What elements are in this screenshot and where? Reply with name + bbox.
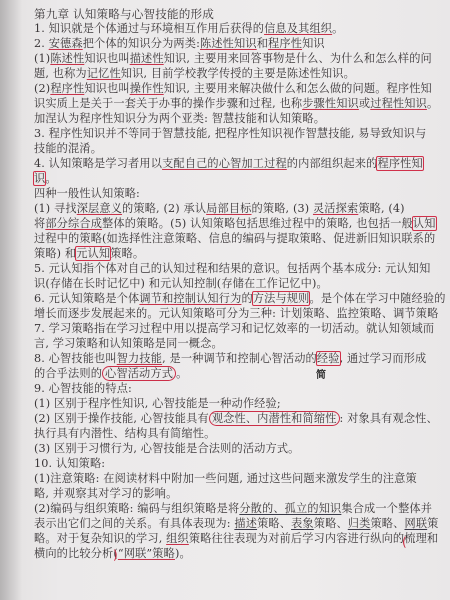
text-line-35: 略。对于复杂知识的学习, 组织策略往往表现为对前后学习内容进行纵向的梳理和 (34, 532, 438, 546)
text-line-2: 2. 安德森把个体的知识分为两类:陈述性知识和程序性知识 (34, 37, 325, 51)
text-line-31: (1)注意策略: 在阅读材料中附加一些问题, 通过这些问题来激发学生的注意策 (34, 472, 417, 486)
text-line-10: 4. 认知策略是学习者用以支配自己的心智加工过程的内部组织起来的程序性知 (34, 157, 423, 171)
text-line-33: (2)编码与组织策略: 编码与组织策略是将分散的、孤立的知识集合成一个整体并 (34, 502, 432, 516)
text-line-21: 7. 学习策略指在学习过程中用以提高学习和记忆效率的一切活动。就认知领域而 (34, 322, 434, 336)
text-line-11: 识。 (34, 172, 57, 186)
text-line-12: 四种一般性认知策略: (34, 187, 140, 201)
text-line-7: 加涅认为程序性知识分为两个亚类: 智慧技能和认知策略。 (34, 112, 325, 126)
text-line-34: 表示出它们之间的关系。有具体表现为: 描述策略、表象策略、归类策略、网联策 (34, 517, 439, 531)
text-line-3: (1)陈述性知识也叫描述性知识, 主要用来回答事物是什么、为什么和怎么样的问 (34, 52, 432, 66)
chapter-title: 第九章 认知策略与心智技能的形成 (34, 7, 214, 21)
text-line-6: 识实质上是关于一套关于办事的操作步骤和过程, 也称步骤性知识或过程性知识。 (34, 97, 438, 111)
document-page: 第九章 认知策略与心智技能的形成 1. 知识就是个体通过与环境相互作用后获得的信… (0, 0, 450, 600)
text-line-32: 略, 并观察其对学习的影响。 (34, 487, 177, 501)
text-line-29: (3) 区别于习惯行为, 心智技能是合法则的活动方式。 (34, 442, 300, 456)
text-line-18: 识(存储在长时记忆中) 和元认知控制(存储在工作记忆中)。 (34, 277, 328, 291)
red-bracket-mark: ( (402, 535, 407, 549)
text-line-24: 的合乎法则的心智活动方式。 (34, 367, 187, 381)
text-line-22: 言, 学习策略和认知策略是同一概念。 (34, 337, 223, 351)
text-line-1: 1. 知识就是个体通过与环境相互作用后获得的信息及其组织。 (34, 22, 343, 36)
text-line-16: 策略) 和元认知策略。 (34, 247, 144, 261)
pen-underline: 分散的、孤立的知识 (239, 502, 341, 515)
red-bracket-mark: ) (113, 548, 118, 562)
text-line-17: 5. 元认知指个体对自己的认知过程和结果的意识。包括两个基本成分: 元认知知 (34, 262, 430, 276)
text-line-27: (2) 区别于操作技能, 心智技能具有观念性、内潜性和简缩性: 对象具有观念性、 (34, 412, 438, 426)
red-underline: 信息及其组织 (264, 22, 332, 35)
page-gutter-shadow (0, 0, 22, 600)
text-line-28: 执行具有内潜性、结构具有简缩性。 (34, 427, 215, 441)
text-line-5: (2)程序性知识也叫操作性知识, 主要用来解决做什么和怎么做的问题。程序性知 (34, 82, 432, 96)
text-line-9: 技能的混淆。 (34, 142, 102, 156)
text-line-26: (1) 区别于程序性知识, 心智技能是一种动作经验; (34, 397, 281, 411)
red-oval: 心智活动方式 (102, 366, 176, 381)
text-line-8: 3. 程序性知识并不等同于智慧技能, 把程序性知识视作智慧技能, 易导致知识与 (34, 127, 426, 141)
text-line-19: 6. 元认知策略是个体调节和控制认知行为的方法与规则。是个体在学习中随经验的 (34, 292, 446, 306)
text-line-14: 将部分综合成整体的策略。(5) 认知策略包括思维过程中的策略, 也包括一般认知 (34, 217, 436, 231)
red-box: 程序性知 (377, 157, 422, 170)
text-line-25: 9. 心智技能的特点: (34, 382, 132, 396)
text-line-13: (1) 寻找深层意义的策略, (2) 承认局部目标的策略, (3) 灵活探索策略… (34, 202, 405, 216)
text-line-23: 8. 心智技能也叫智力技能, 是一种调节和控制心智活动的经验, 通过学习而形成 (34, 352, 426, 366)
handwritten-note: 简 (316, 366, 326, 381)
text-line-15: 过程中的策略(如选择性注意策略、信息的编码与提取策略、促进新旧知识联系的 (34, 232, 435, 246)
text-line-30: 10. 认知策略: (34, 457, 105, 471)
text-line-20: 增长而逐步发展起来的。元认知策略可分为三种: 计划策略、监控策略、调节策略 (34, 307, 438, 321)
text-line-4: 题, 也称为记忆性知识, 目前学校教学传授的主要是陈述性知识。 (34, 67, 355, 81)
